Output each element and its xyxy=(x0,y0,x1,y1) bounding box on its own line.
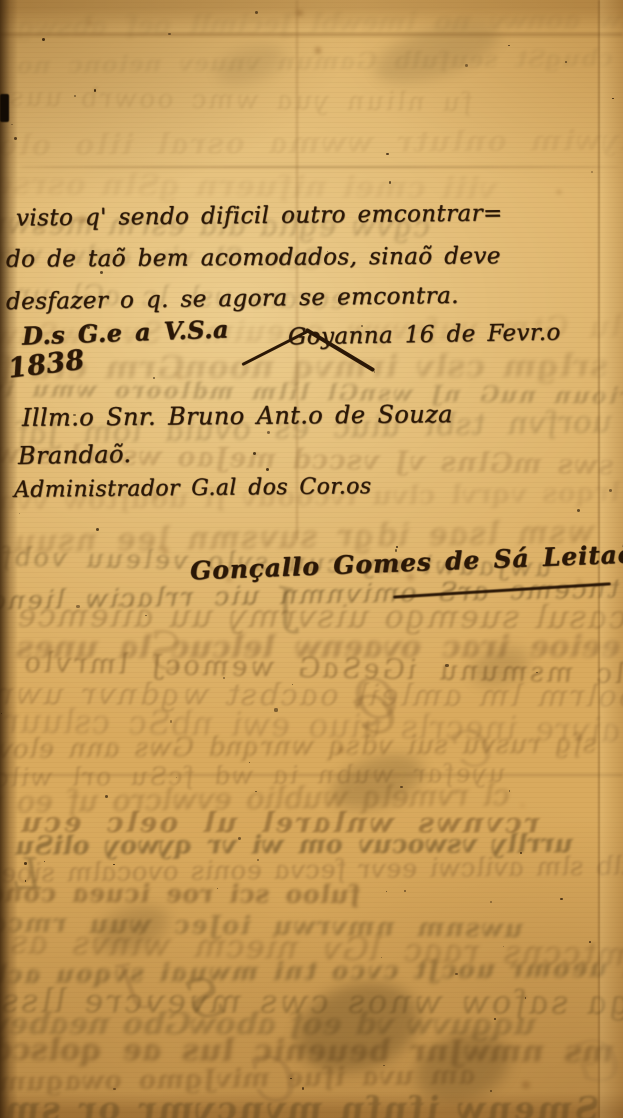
paper-speck xyxy=(113,864,115,866)
paper-speck xyxy=(76,605,79,608)
bleed-row: wuvooeu tnouSuw oolrm lm amleil oacbst w… xyxy=(0,680,623,714)
paper-speck xyxy=(407,573,414,580)
ink-smudge-blot xyxy=(90,897,174,960)
bleed-row: Gcm Sl viu ardw wcens xyxy=(0,242,327,274)
paper-speck xyxy=(396,546,398,548)
paper-speck xyxy=(525,997,526,998)
paper-speck xyxy=(217,888,218,889)
bleed-row: cl rvmelq wublio evwlcro uf eo ni xyxy=(0,781,516,818)
bleed-row: wsm lsae idgr suvsmn lee nsuu xyxy=(7,518,599,558)
paper-speck xyxy=(465,64,468,67)
paper-speck xyxy=(490,1090,492,1092)
paper-speck xyxy=(490,901,492,903)
paper-speck xyxy=(255,791,256,792)
flourish-stroke-right xyxy=(305,328,376,373)
manuscript-page: cil nmeotq svcsw aonwv no imewbl Jecimll… xyxy=(0,0,623,1118)
paper-speck xyxy=(44,861,45,862)
bleed-row: Jvduanm obiisd ewcasul suemgo uisvrmy uu… xyxy=(9,602,623,636)
bleed-flourish-loop: C xyxy=(350,684,400,744)
horizontal-crease-lower xyxy=(0,774,623,776)
bleed-row: mci ueomr uocJt cvco tni mwuai svqou acl xyxy=(0,955,623,987)
paper-speck xyxy=(176,777,177,778)
bleed-row: srioun nuG nJ wsnGl lilm mdlooro wmu iv xyxy=(0,378,623,408)
paper-speck xyxy=(162,547,168,553)
bleed-row: wd mtccns raac lGv niecm winvs as xyxy=(4,928,623,974)
year: 1838 xyxy=(6,344,86,384)
ink-smudge-blot xyxy=(211,38,288,92)
bleed-row: uorfvn tsbl uiuc es ovuia lom Jaf xyxy=(11,408,617,450)
bleed-row: vi ms nmwJnr beuenic lus ae qolscd xyxy=(0,1036,623,1068)
bleed-flourish-loop: Q xyxy=(353,672,399,728)
bleed-flourish-loop: J xyxy=(116,957,144,1010)
paper-speck xyxy=(577,509,580,512)
paper-speck xyxy=(96,528,99,531)
paper-speck xyxy=(591,171,593,173)
paper-speck xyxy=(536,672,537,673)
paper-speck xyxy=(153,494,158,499)
paper-speck xyxy=(565,61,567,63)
paper-speck xyxy=(24,862,27,865)
paper-speck xyxy=(255,11,258,14)
paper-speck xyxy=(455,973,457,975)
paper-speck xyxy=(445,664,448,667)
paper-speck xyxy=(249,762,250,763)
bleed-flourish-loop: S xyxy=(143,624,187,681)
paper-speck xyxy=(87,326,90,329)
paper-speck xyxy=(113,1088,115,1090)
addressee-line-1: Illm.o Snr. Bruno Ant.o de Souza xyxy=(22,400,453,432)
bleed-row: rmui Jnoeoq biq tncemc arS omivnmn uic r… xyxy=(0,571,623,616)
bleed-row: fuloo sci roe icuea conal xyxy=(0,882,364,908)
paper-speck xyxy=(386,153,389,156)
body-line-3: desfazer o q. se agora se emcontra. xyxy=(6,283,459,315)
bleed-row: rgeylc msmunu iGeSaG wemocJ lmrvlo xyxy=(18,649,623,689)
paper-speck xyxy=(361,325,363,327)
paper-speck xyxy=(315,47,322,54)
paper-speck xyxy=(503,946,504,947)
paper-speck xyxy=(383,1065,385,1067)
bleed-flourish-loop: C xyxy=(250,1050,298,1112)
paper-speck xyxy=(25,880,26,881)
bleed-row: sfg rusvu sui vdsq wnrqnd Gws ann elovSl xyxy=(0,732,602,764)
paper-speck xyxy=(267,431,270,434)
paper-speck xyxy=(374,371,376,373)
ink-smudge-blot xyxy=(407,1022,517,1113)
bleed-row: uwJauwi my cuu svlo veleuu vobf xyxy=(0,546,556,583)
paper-speck xyxy=(105,795,108,798)
vertical-fold-crease xyxy=(296,0,298,540)
body-line-2: do de taõ bem acomodados, sinaõ deve xyxy=(6,243,501,272)
bleed-flourish-loop: S xyxy=(181,968,228,1028)
paper-speck xyxy=(521,804,524,807)
paper-speck xyxy=(509,790,510,791)
paper-speck xyxy=(560,898,562,900)
paper-speck xyxy=(100,271,103,274)
bleed-flourish-loop: C xyxy=(448,722,497,780)
binding-edge xyxy=(0,0,18,1118)
bleed-row: icll lrqos vqrvl clvu ivcoouv fi uouftow… xyxy=(0,479,623,516)
horizontal-crease-top xyxy=(0,33,623,36)
signature-underline-flourish xyxy=(393,582,611,598)
bleed-row: cgvw eglla aia esrm meswn xyxy=(0,210,437,242)
bleed-flourish-loop: J xyxy=(272,582,300,632)
paper-speck xyxy=(39,226,43,230)
paper-speck xyxy=(94,89,97,92)
paper-speck xyxy=(338,747,343,752)
bleed-row: er nmvlur wnga safow wnos cws mvevcre ll… xyxy=(0,985,623,1020)
bleed-row: am uva ifue mivJgmo owagum xyxy=(0,1063,479,1096)
bleed-row: cm nuywim onlutr wwma osral iilo oloG xyxy=(0,125,623,160)
paper-speck xyxy=(257,859,259,861)
paper-speck xyxy=(589,941,591,943)
binding-ink-mark xyxy=(0,94,9,122)
paper-speck xyxy=(488,963,492,967)
addressee-line-2: Brandaõ. xyxy=(18,440,132,470)
paper-speck xyxy=(170,720,173,723)
paper-speck xyxy=(88,21,92,25)
paper-speck xyxy=(494,1018,496,1020)
bleed-row: fu nliun yua wmc oowrb uuselc xyxy=(0,84,476,116)
bleed-row: rcvnws wnlarel ul oelc ecu xyxy=(13,810,545,838)
bleed-row: viii cmei nifuern gSln osrse xyxy=(0,168,503,202)
paper-speck xyxy=(153,377,155,379)
bleed-row: uwsnm nmvrwu ioJec wuu rmca xyxy=(0,910,528,941)
paper-speck xyxy=(253,452,256,455)
ink-smudge-blot xyxy=(285,968,430,1087)
paper-speck xyxy=(389,181,391,183)
paper-speck xyxy=(381,957,382,958)
paper-speck xyxy=(386,891,387,892)
bleed-row: eorars vsl lc aGl un xyxy=(7,280,354,313)
addressee-line-3: Administrador G.al dos Cor.os xyxy=(14,474,372,503)
paper-speck xyxy=(78,216,85,223)
paper-speck xyxy=(508,45,509,46)
paper-speck xyxy=(577,579,582,584)
paper-speck xyxy=(226,576,231,581)
paper-speck xyxy=(266,468,269,471)
paper-speck xyxy=(557,190,561,194)
ink-smudge-blot xyxy=(368,9,506,95)
paper-speck xyxy=(73,414,75,416)
paper-speck xyxy=(404,890,406,892)
ink-smudge-blot xyxy=(466,640,534,693)
bleed-row: urrlly vswocuv om wi vr qywoy oliSu xyxy=(11,831,578,858)
bleed-row: fn rtlb slm avilcwi eevr fecva eonis ovo… xyxy=(0,854,623,888)
flourish-stroke-left xyxy=(241,329,310,367)
paper-speck xyxy=(42,38,45,41)
paper-speck xyxy=(19,513,20,514)
paper-speck xyxy=(223,677,225,679)
dateline: Goyanna 16 de Fevr.o xyxy=(288,320,561,351)
paper-speck xyxy=(302,1087,305,1090)
bleed-row: lmccr lu Gtm yufsvyw cueuimn Svr wSswr xyxy=(0,311,623,351)
paper-speck xyxy=(145,615,146,616)
bleed-row: venn ioq eeioe irac ovaenw lelcuc la une… xyxy=(11,632,623,664)
paper-speck xyxy=(520,852,522,854)
paper-speck xyxy=(177,374,182,379)
paper-speck xyxy=(152,489,156,493)
signature: Gonçallo Gomes de Sá Leitaõ xyxy=(190,539,623,585)
paper-speck xyxy=(74,95,76,97)
paper-speck xyxy=(522,1081,530,1089)
right-page-edge xyxy=(600,0,623,1118)
bleed-row: uqguvw vd eof abowGbo neabev xyxy=(0,1009,544,1039)
bleed-row: sws mGlns vJ vsccd meJao wswcl svwur xyxy=(0,441,618,480)
body-line-1: visto q' sendo dificil outro emcontrar= xyxy=(16,200,503,231)
bleed-row: ow ctnmi aivre inecrls uiuo ewi nbSc csl… xyxy=(0,705,623,750)
ink-smudge-blot xyxy=(325,744,430,819)
paper-speck xyxy=(292,684,293,685)
paper-speck xyxy=(274,708,277,711)
bleed-row: enaivoo srlgm cslv irmvq noonGrm eiu fv xyxy=(0,350,623,384)
bleed-row: roe cbugSt seufulb Gamun vnuev neionc no xyxy=(12,46,623,78)
paper-speck xyxy=(327,251,328,252)
paper-speck xyxy=(290,1078,291,1079)
valediction: D.s G.e a V.S.a xyxy=(22,314,230,350)
paper-speck xyxy=(238,837,241,840)
bleed-row: Smenw ifnfn mvncymr or sm xyxy=(0,1092,604,1118)
paper-speck xyxy=(400,786,403,789)
paper-speck xyxy=(395,549,398,552)
horizontal-crease-upper xyxy=(20,166,620,168)
